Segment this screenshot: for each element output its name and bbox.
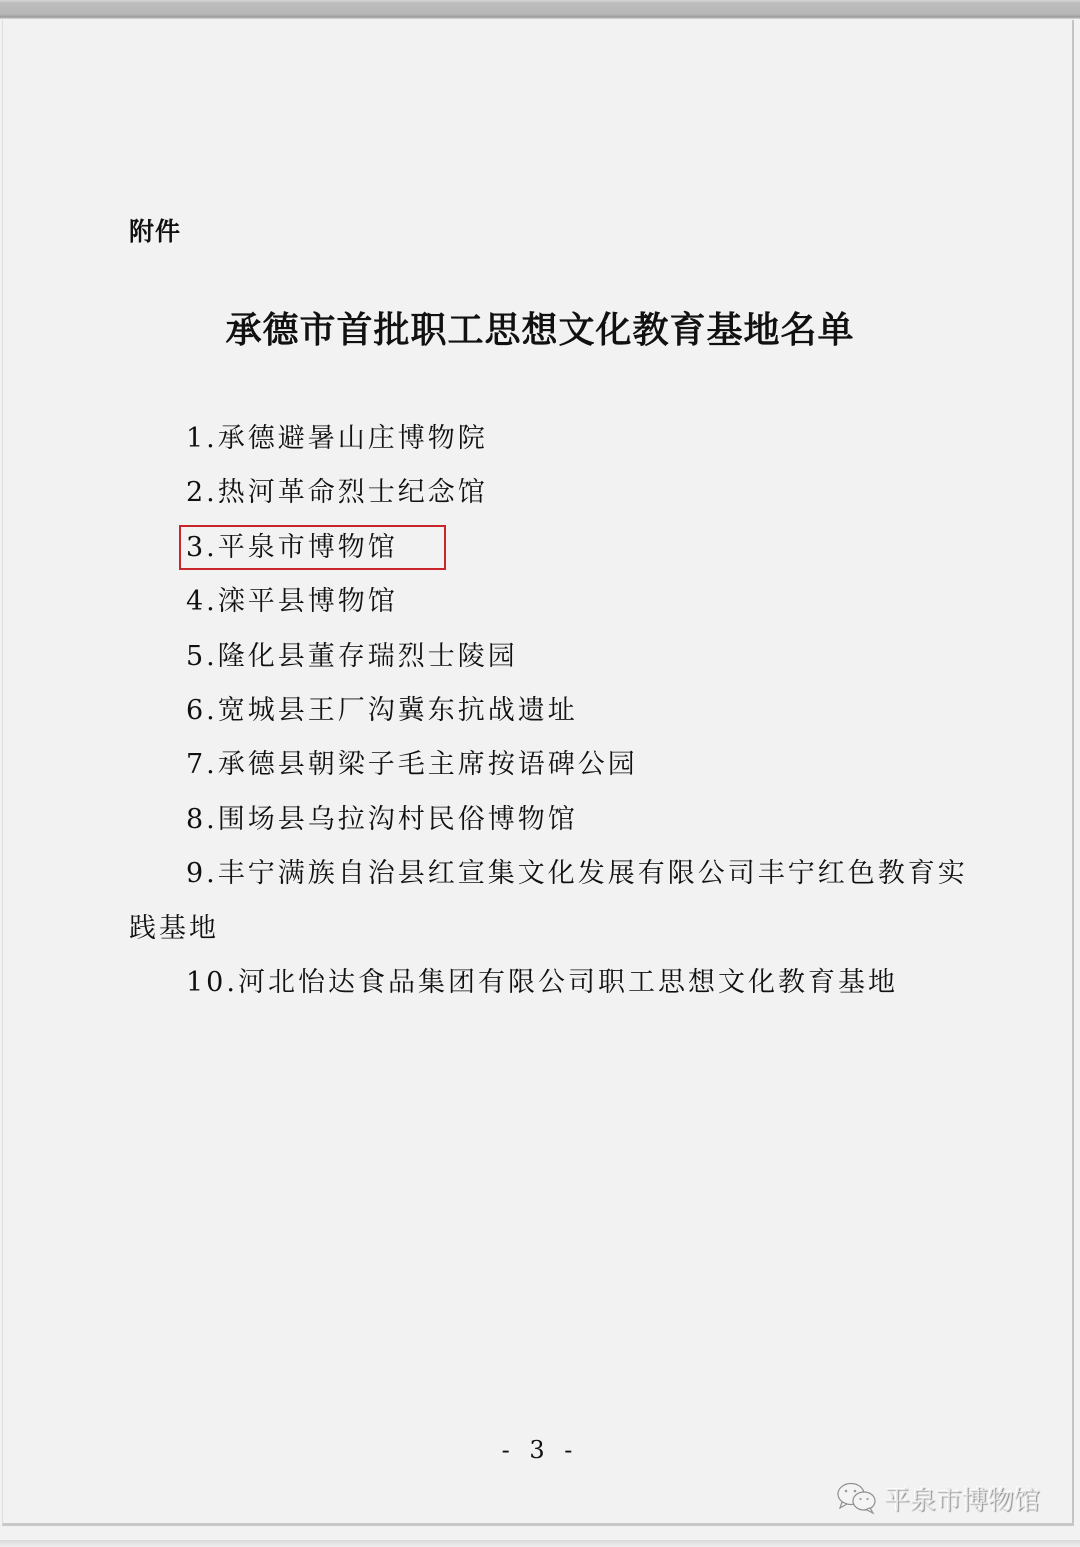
scan-bottom-edge <box>0 1540 1080 1547</box>
list-item: 9.丰宁满族自治县红宣集文化发展有限公司丰宁红色教育实 <box>186 857 968 891</box>
list-item: 2.热河革命烈士纪念馆 <box>186 476 488 510</box>
highlight-box <box>179 525 446 570</box>
document-title: 承德市首批职工思想文化教育基地名单 <box>0 302 1080 353</box>
list-item: 1.承德避暑山庄博物院 <box>186 422 488 456</box>
list-item: 4.滦平县博物馆 <box>186 585 398 619</box>
scan-top-edge <box>0 0 1080 19</box>
watermark: 平泉市博物馆 <box>836 1480 1040 1516</box>
attachment-label: 附件 <box>129 212 181 248</box>
list-item: 10.河北怡达食品集团有限公司职工思想文化教育基地 <box>186 966 898 1000</box>
list-item: 5.隆化县董存瑞烈士陵园 <box>186 640 518 674</box>
wechat-icon <box>836 1481 878 1515</box>
list-item: 8.围场县乌拉沟村民俗博物馆 <box>186 803 578 837</box>
watermark-text: 平泉市博物馆 <box>884 1480 1040 1517</box>
list-item-continuation: 践基地 <box>129 912 219 946</box>
page-number: - 3 - <box>0 1436 1080 1464</box>
list-item: 6.宽城县王厂沟冀东抗战遗址 <box>186 694 578 728</box>
list-item: 7.承德县朝梁子毛主席按语碑公园 <box>186 748 638 782</box>
